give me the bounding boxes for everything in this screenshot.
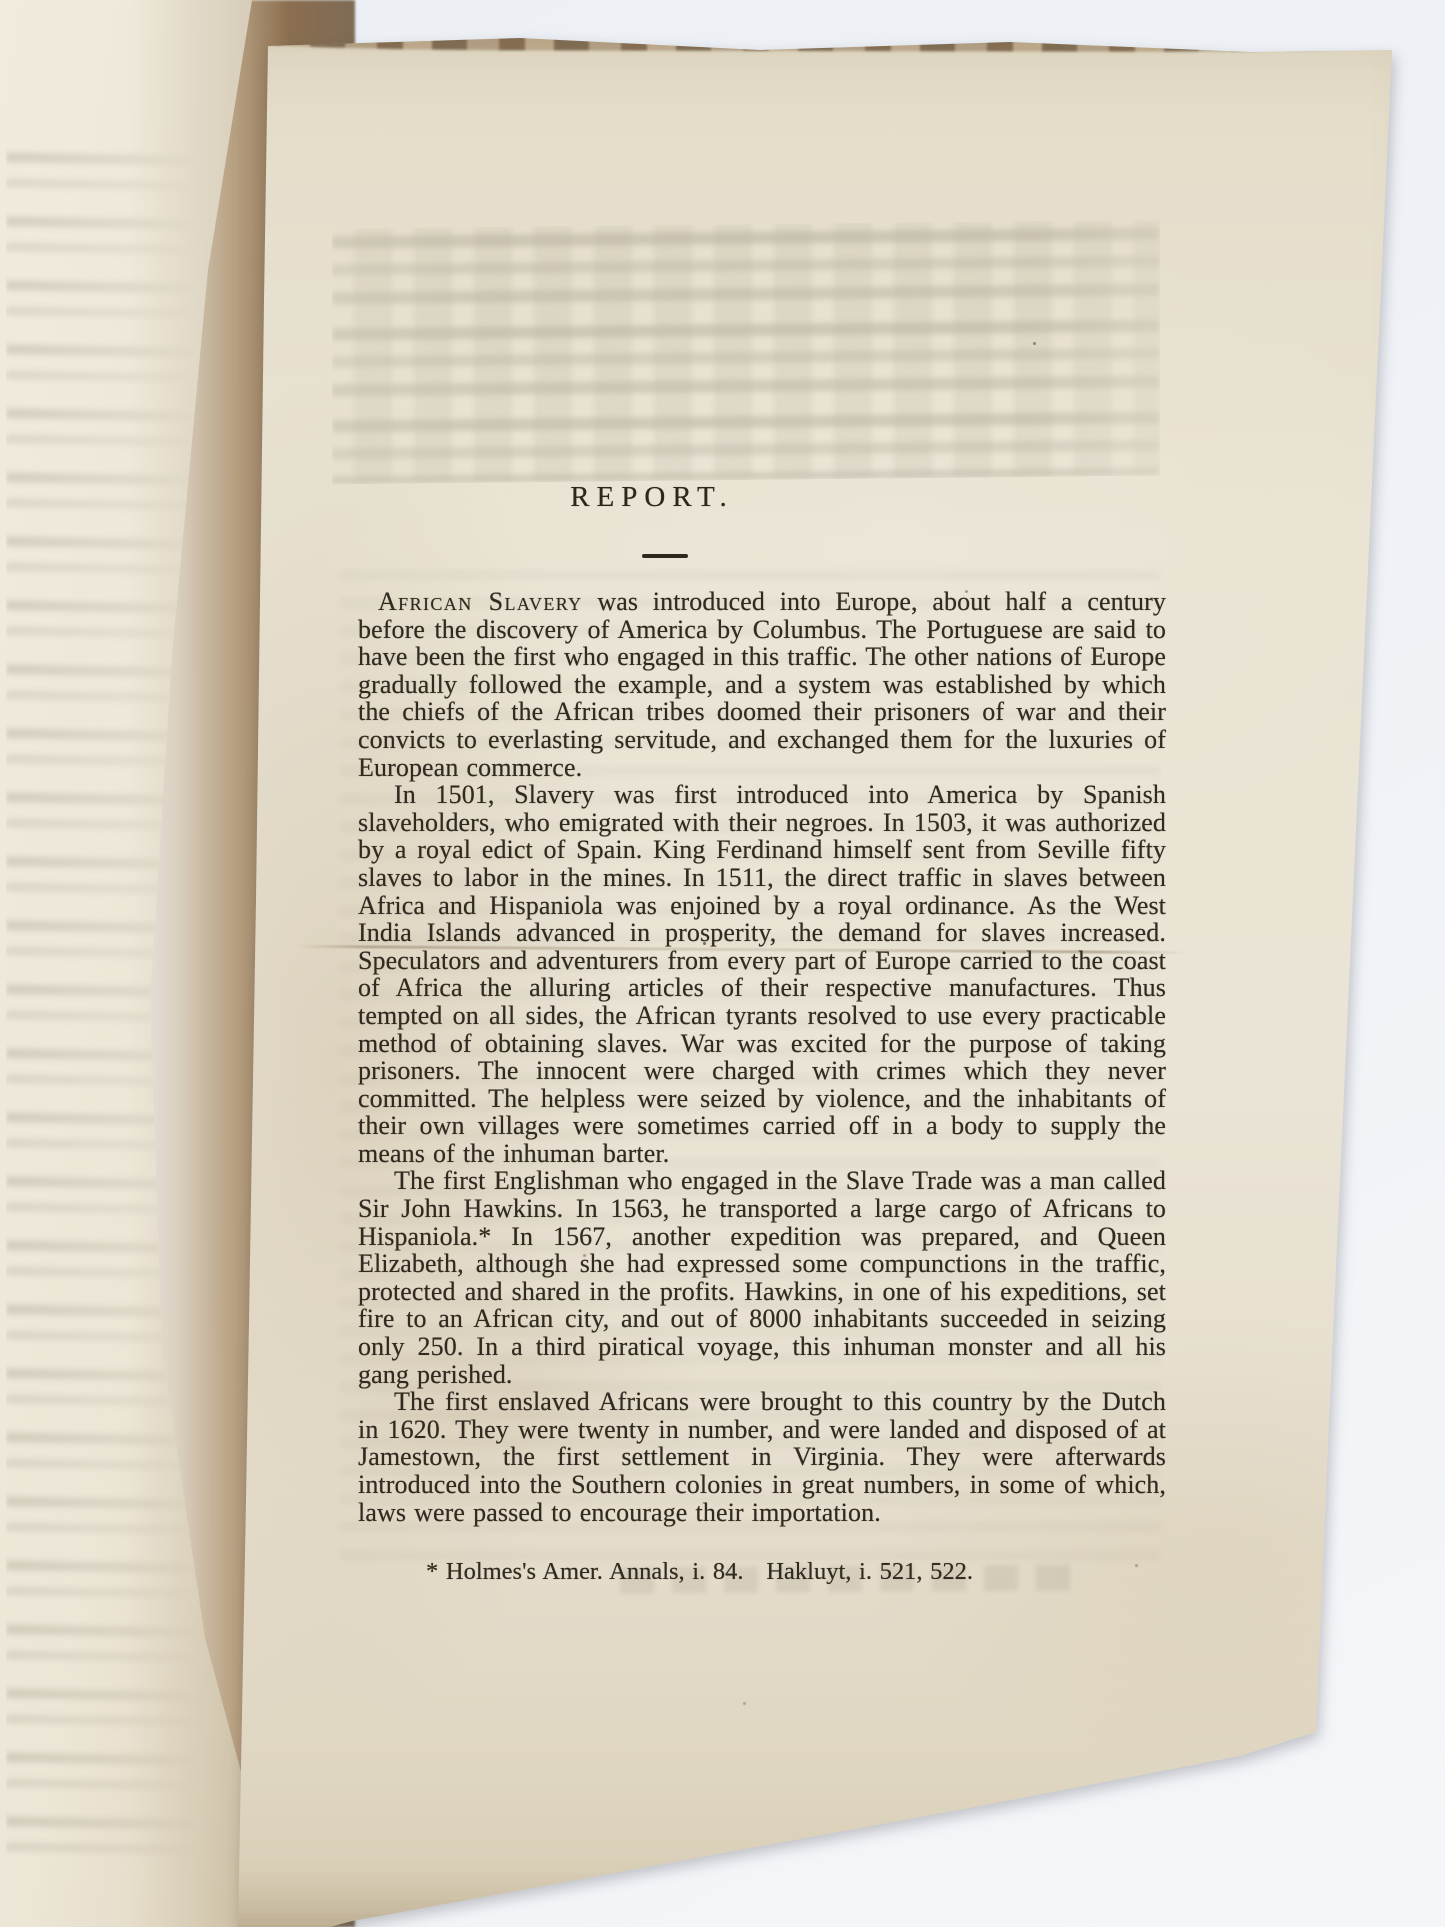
footnote: * Holmes's Amer. Annals, i. 84. Hakluyt,… — [426, 1558, 1166, 1586]
paragraph-1: African Slavery was introduced into Euro… — [358, 588, 1166, 781]
page-title: REPORT. — [248, 480, 1056, 514]
paragraph-1-text: was introduced into Europe, about half a… — [358, 587, 1166, 782]
photo-background: REPORT. African Slavery was introduced i… — [0, 0, 1445, 1927]
paragraph-3: The first Englishman who engaged in the … — [358, 1167, 1166, 1388]
paragraph-4: The first enslaved Africans were brought… — [358, 1388, 1166, 1526]
printed-content: REPORT. African Slavery was introduced i… — [358, 480, 1166, 1586]
paragraph-2: In 1501, Slavery was first introduced in… — [358, 781, 1166, 1167]
report-page: REPORT. African Slavery was introduced i… — [0, 0, 1445, 1927]
report-page-wrap: REPORT. African Slavery was introduced i… — [0, 0, 1445, 1927]
page-deckled-top-edge — [255, 35, 1395, 52]
heading-rule — [642, 554, 688, 558]
paragraph-1-small-caps-lead: African Slavery — [378, 587, 583, 616]
ink-bleedthrough-top — [332, 220, 1160, 485]
